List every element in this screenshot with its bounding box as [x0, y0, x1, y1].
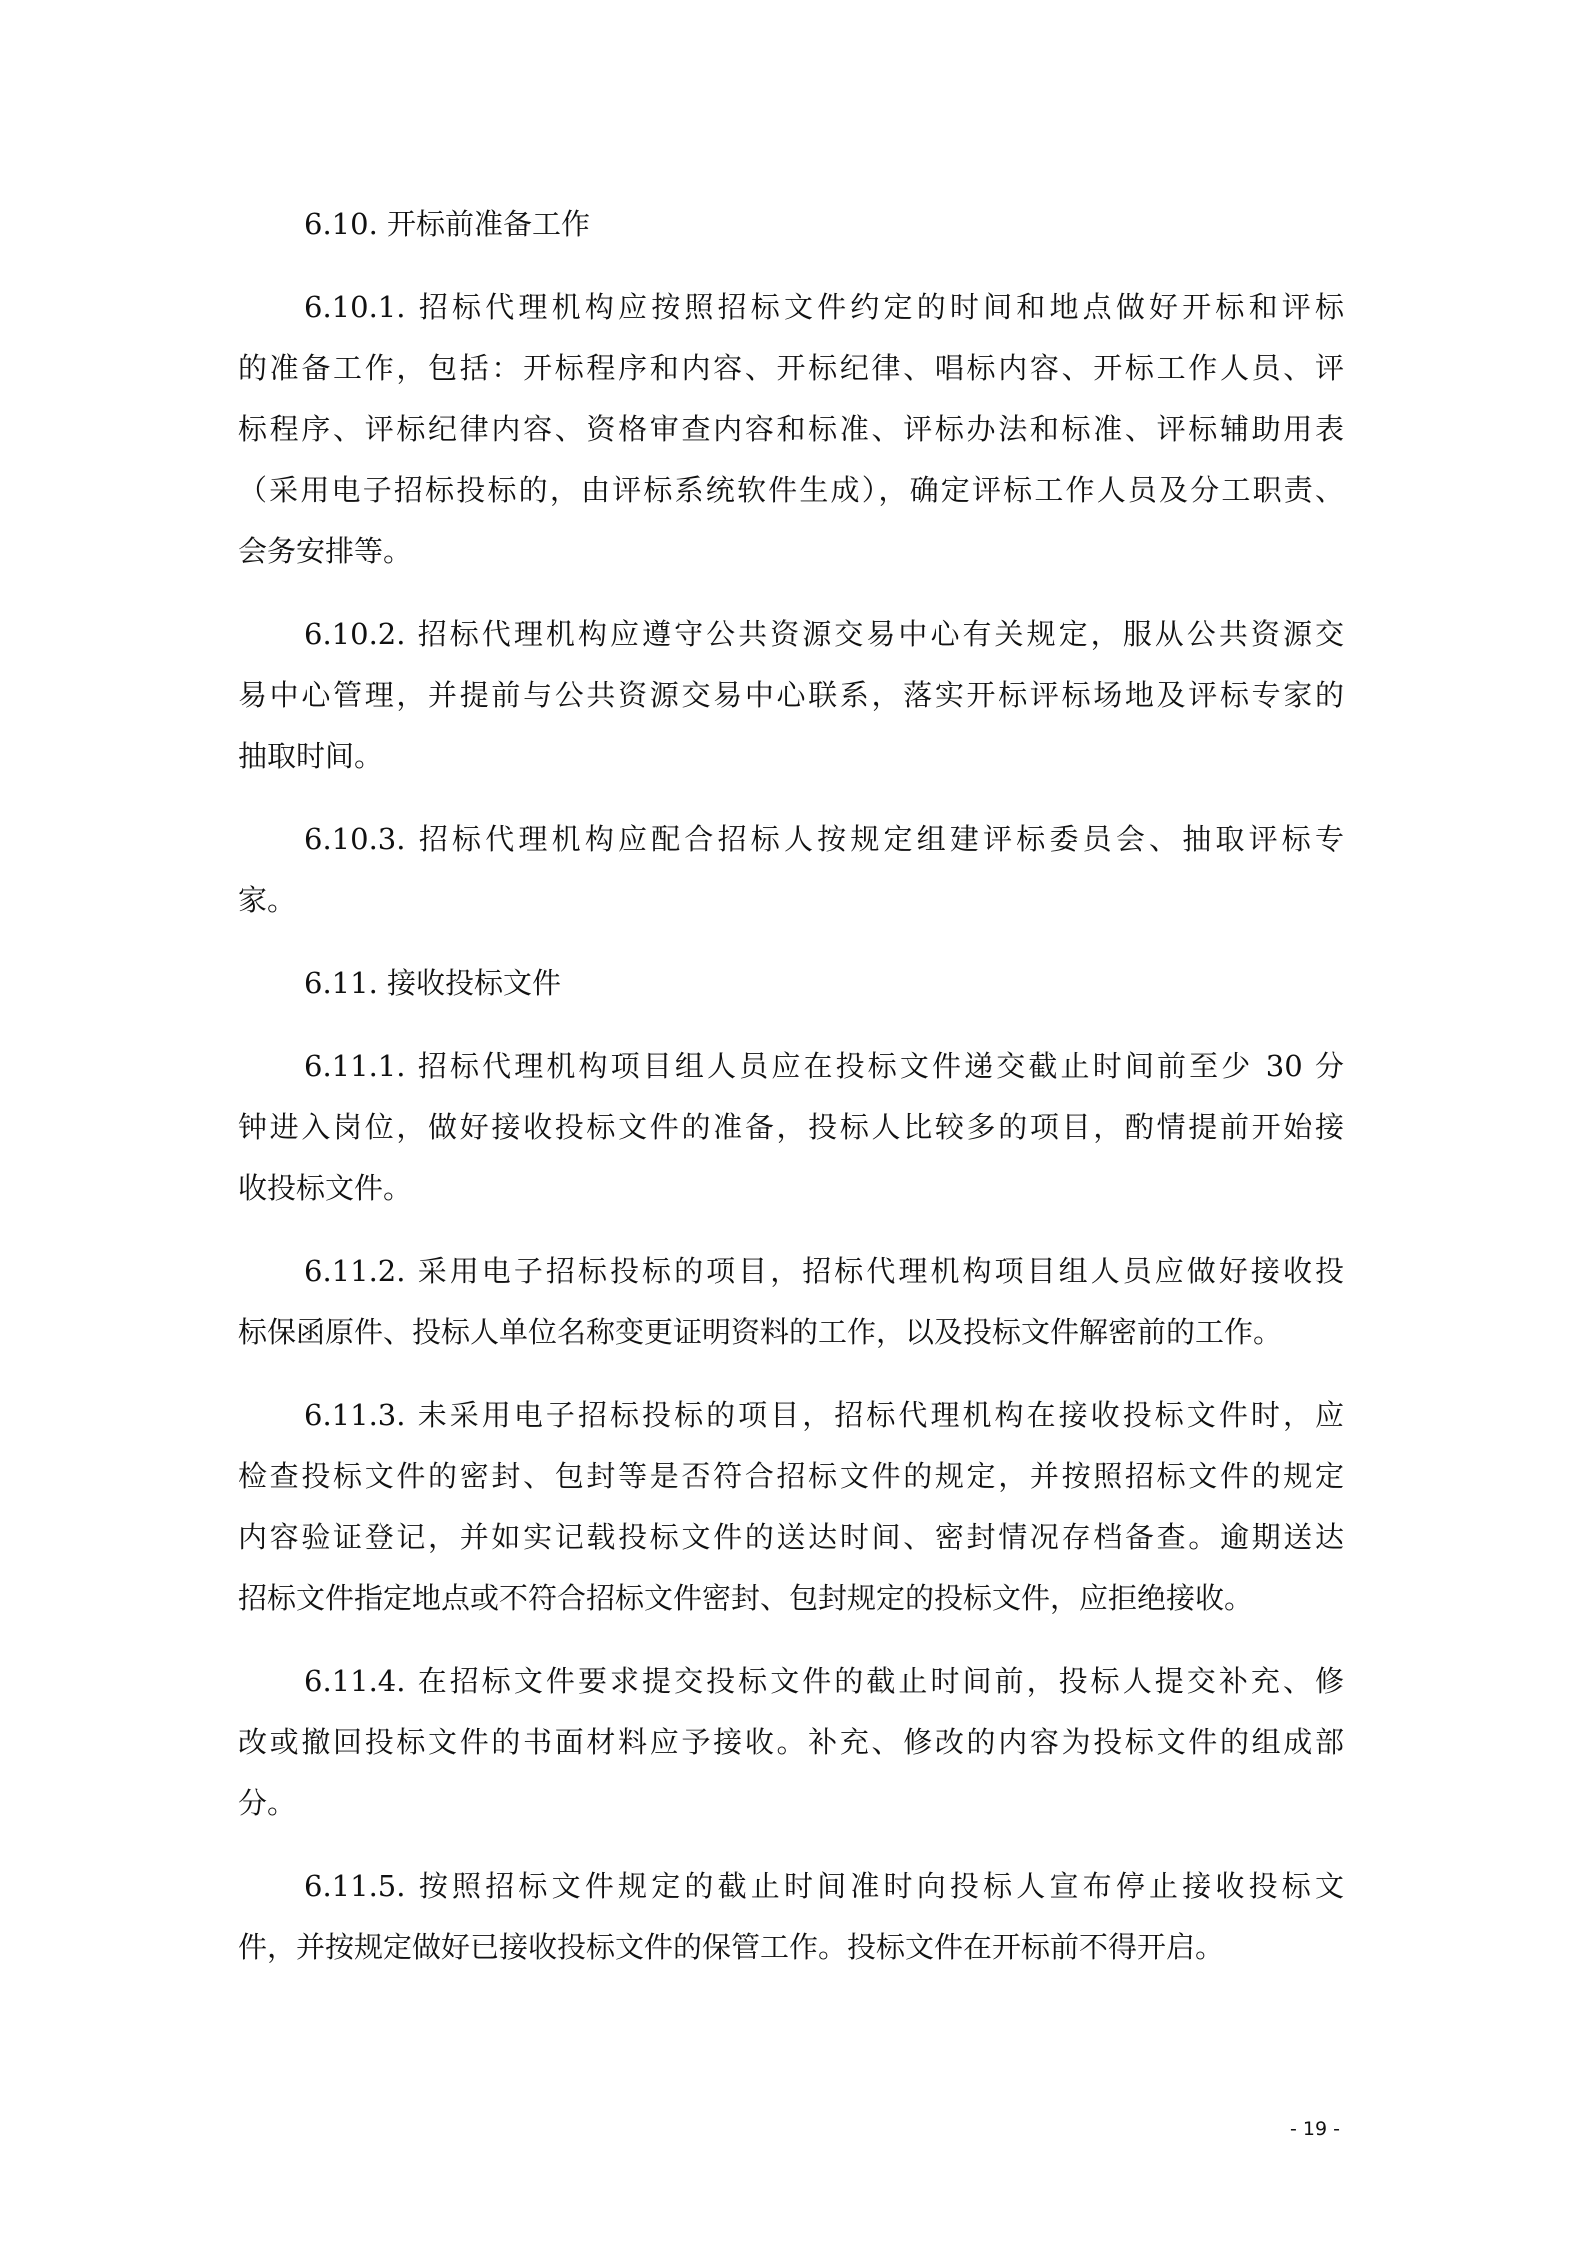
text-line: 6.10.1. 招标代理机构应按照招标文件约定的时间和地点做好开标和评标	[238, 277, 1344, 338]
text-line: 6.10.2. 招标代理机构应遵守公共资源交易中心有关规定，服从公共资源交	[238, 604, 1344, 665]
clause-6-10-3: 6.10.3. 招标代理机构应配合招标人按规定组建评标委员会、抽取评标专 家。	[238, 809, 1344, 931]
text-line: 会务安排等。	[238, 521, 1344, 582]
text-line: 招标文件指定地点或不符合招标文件密封、包封规定的投标文件，应拒绝接收。	[238, 1568, 1344, 1629]
text-line: 6.11.3. 未采用电子招标投标的项目，招标代理机构在接收投标文件时，应	[238, 1385, 1344, 1446]
section-heading-6-10: 6.10. 开标前准备工作	[238, 194, 1344, 255]
text-line: 钟进入岗位，做好接收投标文件的准备，投标人比较多的项目，酌情提前开始接	[238, 1097, 1344, 1158]
text-line: 件，并按规定做好已接收投标文件的保管工作。投标文件在开标前不得开启。	[238, 1917, 1344, 1978]
clause-6-11-3: 6.11.3. 未采用电子招标投标的项目，招标代理机构在接收投标文件时，应 检查…	[238, 1385, 1344, 1629]
text-line: 改或撤回投标文件的书面材料应予接收。补充、修改的内容为投标文件的组成部	[238, 1712, 1344, 1773]
clause-6-10-1: 6.10.1. 招标代理机构应按照招标文件约定的时间和地点做好开标和评标 的准备…	[238, 277, 1344, 582]
text-line: 家。	[238, 870, 1344, 931]
text-line: 抽取时间。	[238, 726, 1344, 787]
text-line: （采用电子招标投标的，由评标系统软件生成），确定评标工作人员及分工职责、	[238, 460, 1344, 521]
text-line: 内容验证登记，并如实记载投标文件的送达时间、密封情况存档备查。逾期送达	[238, 1507, 1344, 1568]
clause-6-11-4: 6.11.4. 在招标文件要求提交投标文件的截止时间前，投标人提交补充、修 改或…	[238, 1651, 1344, 1834]
document-page: 6.10. 开标前准备工作 6.10.1. 招标代理机构应按照招标文件约定的时间…	[0, 0, 1587, 2245]
body-text: 6.10. 开标前准备工作 6.10.1. 招标代理机构应按照招标文件约定的时间…	[238, 194, 1344, 2000]
text-line: 易中心管理，并提前与公共资源交易中心联系，落实开标评标场地及评标专家的	[238, 665, 1344, 726]
text-line: 6.11.4. 在招标文件要求提交投标文件的截止时间前，投标人提交补充、修	[238, 1651, 1344, 1712]
text-line: 标程序、评标纪律内容、资格审查内容和标准、评标办法和标准、评标辅助用表	[238, 399, 1344, 460]
page-number: - 19 -	[1290, 2118, 1340, 2140]
clause-6-10-2: 6.10.2. 招标代理机构应遵守公共资源交易中心有关规定，服从公共资源交 易中…	[238, 604, 1344, 787]
text-line: 6.11.1. 招标代理机构项目组人员应在投标文件递交截止时间前至少 30 分	[238, 1036, 1344, 1097]
text-line: 6.11.2. 采用电子招标投标的项目，招标代理机构项目组人员应做好接收投	[238, 1241, 1344, 1302]
text-line: 6.11. 接收投标文件	[238, 953, 1344, 1014]
clause-6-11-1: 6.11.1. 招标代理机构项目组人员应在投标文件递交截止时间前至少 30 分 …	[238, 1036, 1344, 1219]
text-line: 6.10.3. 招标代理机构应配合招标人按规定组建评标委员会、抽取评标专	[238, 809, 1344, 870]
text-line: 分。	[238, 1773, 1344, 1834]
clause-6-11-2: 6.11.2. 采用电子招标投标的项目，招标代理机构项目组人员应做好接收投 标保…	[238, 1241, 1344, 1363]
text-line: 的准备工作，包括：开标程序和内容、开标纪律、唱标内容、开标工作人员、评	[238, 338, 1344, 399]
clause-6-11-5: 6.11.5. 按照招标文件规定的截止时间准时向投标人宣布停止接收投标文 件，并…	[238, 1856, 1344, 1978]
text-line: 标保函原件、投标人单位名称变更证明资料的工作，以及投标文件解密前的工作。	[238, 1302, 1344, 1363]
text-line: 6.10. 开标前准备工作	[238, 194, 1344, 255]
section-heading-6-11: 6.11. 接收投标文件	[238, 953, 1344, 1014]
text-line: 6.11.5. 按照招标文件规定的截止时间准时向投标人宣布停止接收投标文	[238, 1856, 1344, 1917]
text-line: 检查投标文件的密封、包封等是否符合招标文件的规定，并按照招标文件的规定	[238, 1446, 1344, 1507]
text-line: 收投标文件。	[238, 1158, 1344, 1219]
